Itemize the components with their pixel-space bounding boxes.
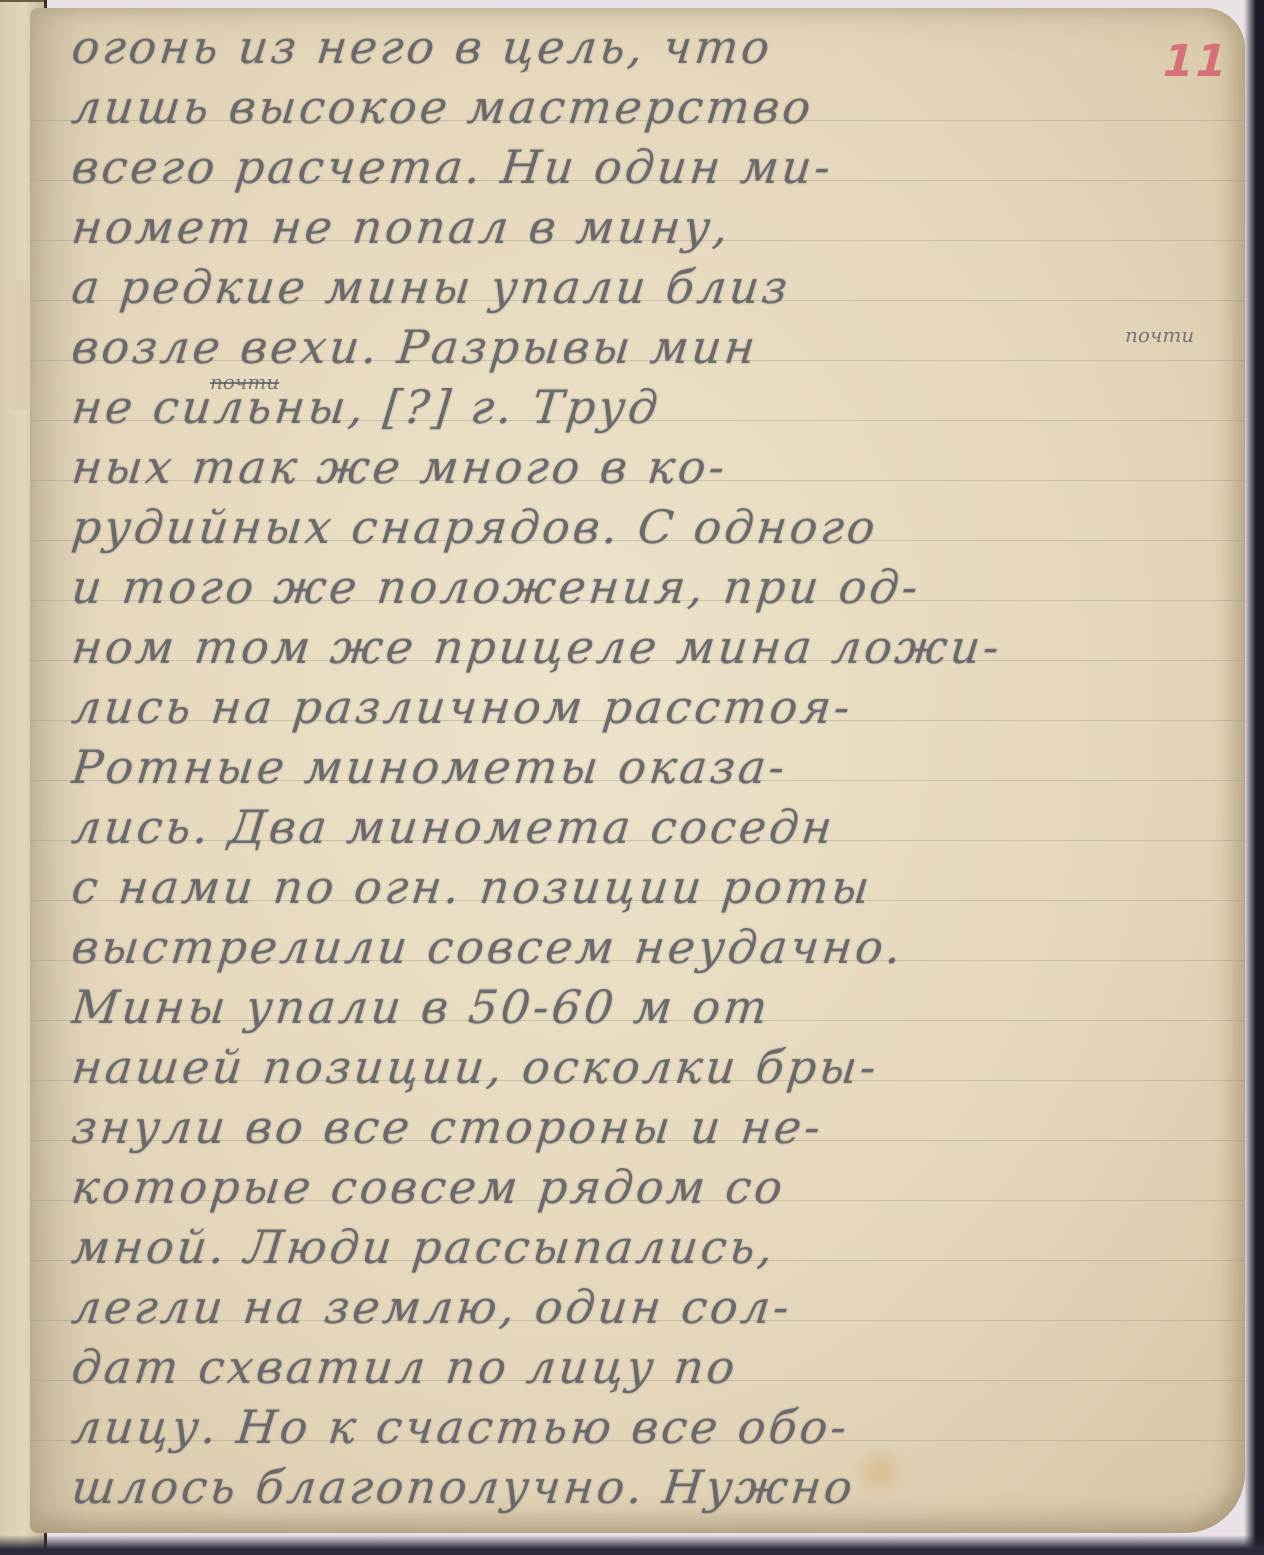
- text-line: номет не попал в мину,: [69, 196, 1229, 258]
- text-line: лись. Два миномета соседн: [69, 796, 1229, 858]
- text-line: с нами по огн. позиции роты: [69, 856, 1229, 918]
- text-line: лись на различном расстоя-: [69, 676, 1229, 738]
- text-line: ном том же прицеле мина ложи-: [69, 616, 1229, 678]
- page-edge-bottom: [0, 1535, 1264, 1555]
- handwritten-text: огонь из него в цель, что лишь высокое м…: [30, 8, 1245, 1533]
- text-line: лишь высокое мастерство: [69, 76, 1229, 138]
- text-line: нашей позиции, осколки бры-: [69, 1036, 1229, 1098]
- interlinear-insert-struck: почти: [210, 370, 279, 394]
- text-line: лицу. Но к счастью все обо-: [69, 1396, 1229, 1458]
- text-line: а редкие мины упали близ: [69, 256, 1229, 318]
- text-line: которые совсем рядом со: [69, 1156, 1229, 1218]
- text-line: шлось благополучно. Нужно: [69, 1456, 1229, 1518]
- text-line: огонь из него в цель, что: [69, 16, 1229, 78]
- text-line: дат схватил по лицу по: [69, 1336, 1229, 1398]
- text-line: ных так же много в ко-: [69, 436, 1229, 498]
- text-line: возле вехи. Разрывы мин: [69, 316, 1229, 378]
- notebook-page: 11 огонь из него в цель, что лишь высоко…: [30, 8, 1245, 1533]
- text-line: рудийных снарядов. С одного: [69, 496, 1229, 558]
- text-line: Ротные минометы оказа-: [69, 736, 1229, 798]
- text-line: мной. Люди рассыпались,: [69, 1216, 1229, 1278]
- text-line: Мины упали в 50-60 м от: [69, 976, 1229, 1038]
- text-line: выстрелили совсем неудачно.: [69, 916, 1229, 978]
- page-edge-right: [1244, 0, 1264, 1555]
- scanned-page: 11 огонь из него в цель, что лишь высоко…: [0, 0, 1264, 1555]
- interlinear-insert: почти: [1125, 323, 1194, 347]
- text-line: знули во все стороны и не-: [69, 1096, 1229, 1158]
- text-line: легли на землю, один сол-: [69, 1276, 1229, 1338]
- text-line: и того же положения, при од-: [69, 556, 1229, 618]
- binding-seam: [0, 0, 44, 2]
- text-line: всего расчета. Ни один ми-: [69, 136, 1229, 198]
